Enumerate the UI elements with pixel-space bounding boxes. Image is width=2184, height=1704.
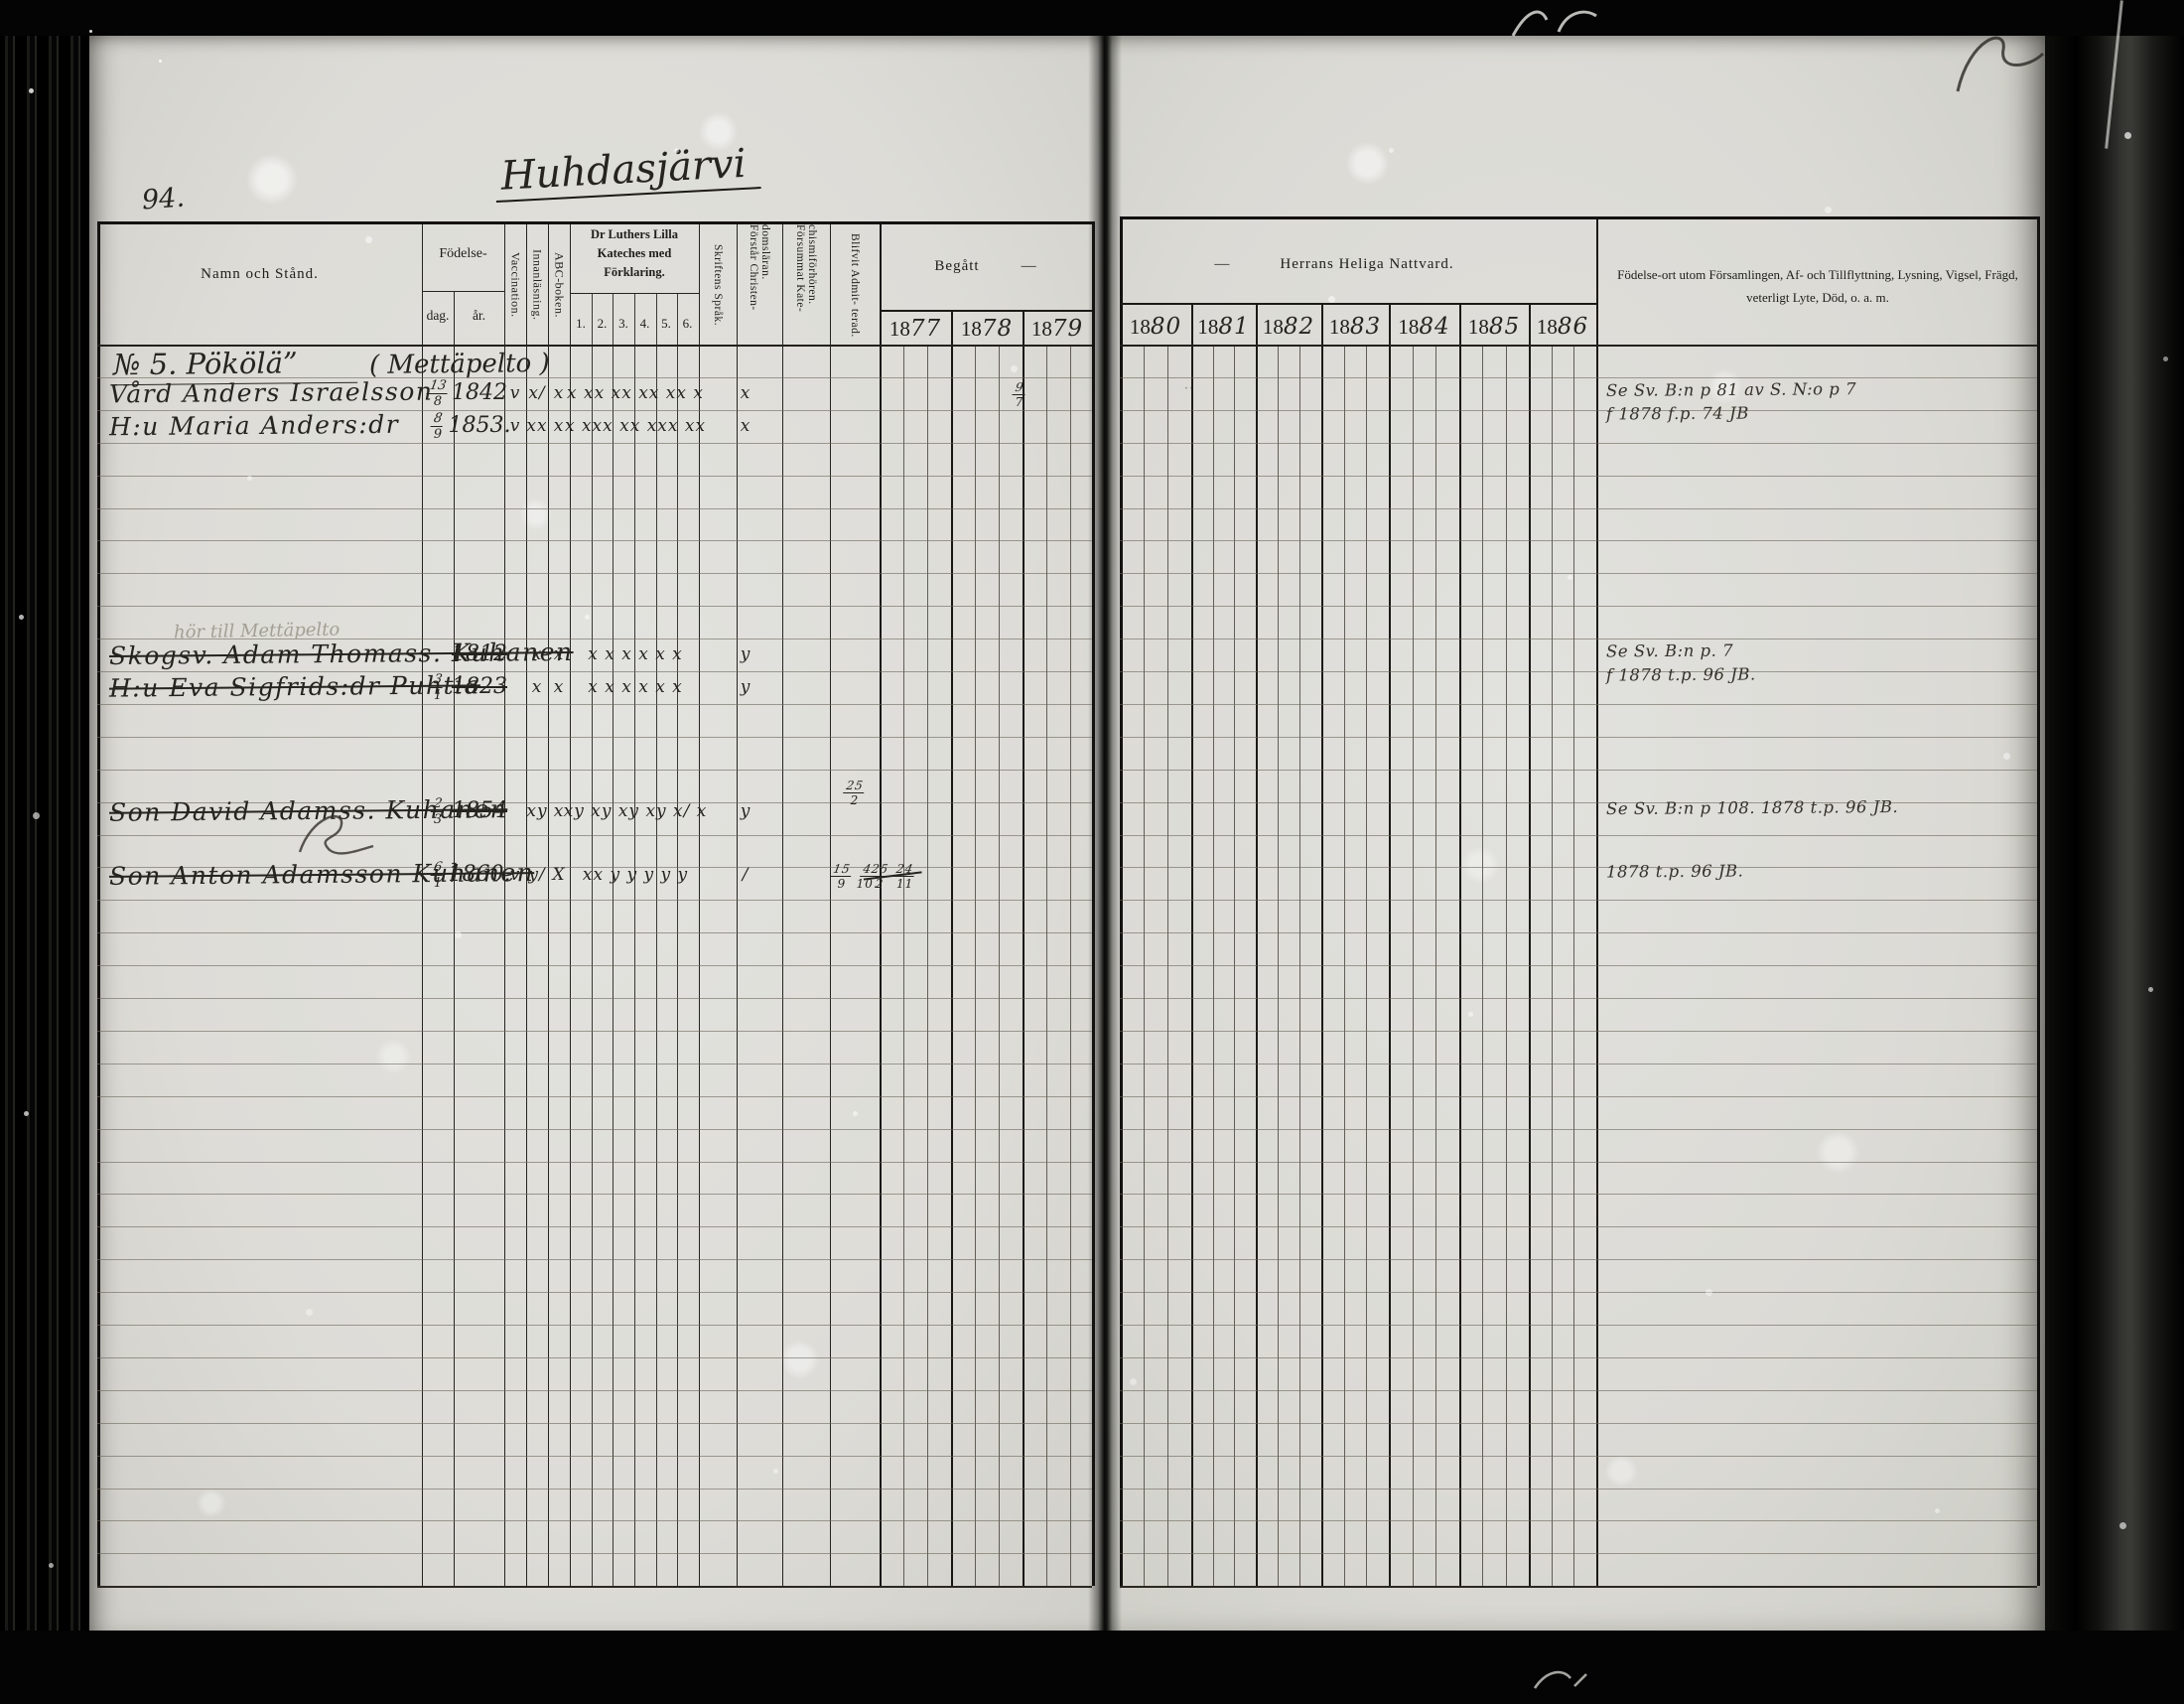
grid-line-vertical bbox=[782, 221, 783, 1586]
grid-line-horizontal bbox=[97, 1553, 1092, 1554]
entry-birth-year: 1812 bbox=[452, 641, 507, 666]
grid-line-horizontal bbox=[1120, 1064, 2037, 1065]
grid-line-vertical bbox=[1191, 303, 1193, 1586]
grid-line-horizontal bbox=[97, 704, 1092, 705]
grid-line-horizontal bbox=[97, 1226, 1092, 1227]
communion-nattvard-label: Herrans Heliga Nattvard. bbox=[1280, 256, 1453, 273]
year-label: 1879 bbox=[1031, 316, 1083, 342]
column-header-scripture: Skriftens Språk. bbox=[699, 224, 737, 346]
grid-line-horizontal bbox=[1120, 1194, 2037, 1195]
entry-mark-innan: xx bbox=[526, 416, 547, 436]
grid-line-vertical bbox=[737, 221, 738, 1586]
grid-line-vertical bbox=[677, 293, 678, 1586]
column-header-birth: Födelse- bbox=[422, 246, 504, 262]
grid-line-horizontal bbox=[1120, 540, 2037, 541]
entry-mark-kat: x x x x x x bbox=[588, 677, 683, 697]
column-header-abc-book: ABC-boken. bbox=[548, 226, 570, 344]
entry-mark-y1881: ·· bbox=[1184, 381, 1194, 396]
entry-note: f 1878 t.p. 96 JB. bbox=[1606, 666, 1756, 685]
grid-line-horizontal bbox=[1120, 1259, 2037, 1260]
grid-line-horizontal bbox=[1120, 998, 2037, 999]
grid-line-horizontal bbox=[97, 835, 1092, 836]
communion-begatt-label: Begått bbox=[934, 258, 979, 275]
entry-name: Vård Anders Israelsson bbox=[109, 377, 434, 407]
grid-line-horizontal bbox=[1120, 1456, 2037, 1457]
entry-birth-day: 138 bbox=[426, 379, 451, 408]
grid-line-horizontal bbox=[1120, 377, 2037, 378]
margin-scribble-bottom bbox=[1529, 1664, 1592, 1698]
grid-line-horizontal bbox=[97, 1456, 1092, 1457]
grid-line-horizontal bbox=[97, 1520, 1092, 1521]
entry-mark-abc: x bbox=[554, 383, 565, 403]
grid-line-vertical bbox=[880, 221, 882, 1586]
grid-line-horizontal bbox=[1120, 770, 2037, 771]
grid-line-vertical bbox=[548, 221, 549, 1586]
entry-birth-year: 1860. bbox=[449, 862, 511, 887]
communion-dash-right: — bbox=[1214, 256, 1230, 273]
catechism-number: 1. bbox=[571, 316, 591, 332]
grid-line-horizontal bbox=[97, 221, 1092, 224]
grid-line-vertical bbox=[656, 293, 657, 1586]
entry-birth-year: 1842 bbox=[452, 380, 507, 405]
grid-line-horizontal bbox=[1120, 1226, 2037, 1227]
grid-line-vertical bbox=[613, 293, 614, 1586]
page-edge-shadow bbox=[2045, 0, 2184, 1704]
entry-mark-forstar: x bbox=[741, 416, 751, 436]
entry-mark-kat: x xx xx xx xx x bbox=[567, 383, 704, 403]
grid-line-horizontal bbox=[1120, 1390, 2037, 1391]
grid-line-horizontal bbox=[1120, 867, 2037, 868]
scan-margin-top bbox=[0, 0, 2184, 36]
catechism-number: 6. bbox=[678, 316, 698, 332]
entry-name: H:u Eva Sigfrids:dr Puhtia bbox=[109, 671, 480, 702]
grid-line-vertical bbox=[1023, 310, 1024, 1586]
grid-line-horizontal bbox=[1120, 1129, 2037, 1130]
entry-mark-abc: x bbox=[554, 416, 565, 436]
grid-line-horizontal bbox=[97, 900, 1092, 901]
grid-line-horizontal bbox=[1120, 1586, 2037, 1588]
grid-line-horizontal bbox=[1120, 1489, 2037, 1490]
grid-line-horizontal bbox=[570, 293, 699, 294]
column-header-catechism: Dr Luthers Lilla Kateches med Förklaring… bbox=[572, 225, 697, 281]
entry-mark-vacc: v bbox=[510, 416, 521, 436]
grid-line-vertical bbox=[830, 221, 831, 1586]
grid-line-horizontal bbox=[97, 1259, 1092, 1260]
grid-line-horizontal bbox=[1120, 606, 2037, 607]
ink-flourish bbox=[286, 806, 377, 858]
entry-note: Se Sv. B:n p. 7 bbox=[1606, 642, 1733, 661]
grid-line-horizontal bbox=[97, 1357, 1092, 1358]
communion-dash-left: — bbox=[1022, 258, 1037, 275]
entry-mark-kat: x xxx xx xxx xx bbox=[565, 416, 706, 436]
grid-line-horizontal bbox=[1120, 1325, 2037, 1326]
grid-line-horizontal bbox=[1120, 802, 2037, 803]
grid-line-horizontal bbox=[97, 508, 1092, 509]
grid-line-horizontal bbox=[97, 1129, 1092, 1130]
grid-line-vertical bbox=[1092, 221, 1095, 1586]
grid-line-horizontal bbox=[1120, 410, 2037, 411]
grid-line-vertical bbox=[634, 293, 635, 1586]
entry-mark-innan: x bbox=[532, 644, 543, 664]
grid-line-horizontal bbox=[1120, 1423, 2037, 1424]
communion-header-left: Begått — bbox=[880, 258, 1092, 275]
column-header-birth-day: dag. bbox=[422, 308, 454, 324]
grid-line-vertical bbox=[951, 310, 953, 1586]
entry-mark-y1877: 2522411 bbox=[868, 863, 918, 890]
grid-line-horizontal bbox=[1120, 508, 2037, 509]
grid-line-horizontal bbox=[97, 932, 1092, 933]
entry-mark-innan: x/ bbox=[528, 383, 545, 403]
grid-line-vertical bbox=[422, 221, 423, 1586]
grid-line-vertical bbox=[1120, 216, 1123, 1586]
column-header-notes: Födelse-ort utom Församlingen, Af- och T… bbox=[1604, 264, 2031, 310]
entry-mark-innan: y/ bbox=[528, 865, 545, 885]
grid-line-horizontal bbox=[97, 1325, 1092, 1326]
grid-line-horizontal bbox=[1120, 932, 2037, 933]
grid-line-vertical bbox=[97, 221, 100, 1586]
entry-mark-kat: x x x x x x bbox=[588, 644, 683, 664]
grid-line-vertical bbox=[454, 291, 455, 1586]
entry-mark-vacc: v bbox=[510, 865, 521, 885]
grid-line-horizontal bbox=[1120, 704, 2037, 705]
entry-mark-abc: x bbox=[554, 644, 565, 664]
grid-line-horizontal bbox=[97, 1423, 1092, 1424]
scan-margin-bottom bbox=[0, 1631, 2184, 1704]
entry-birth-day: 23 bbox=[430, 797, 446, 826]
grid-line-vertical bbox=[1459, 303, 1461, 1586]
entry-note: Se Sv. B:n p 108. 1878 t.p. 96 JB. bbox=[1606, 798, 1898, 818]
grid-line-horizontal bbox=[97, 443, 1092, 444]
entry-mark-abc: X bbox=[552, 865, 565, 885]
grid-line-horizontal bbox=[1120, 303, 1596, 305]
grid-line-horizontal bbox=[97, 1390, 1092, 1391]
column-header-birth-year: år. bbox=[454, 308, 504, 324]
grid-line-horizontal bbox=[1120, 1520, 2037, 1521]
grid-line-horizontal bbox=[97, 1096, 1092, 1097]
grid-line-horizontal bbox=[1120, 1357, 2037, 1358]
grid-line-vertical bbox=[1389, 303, 1391, 1586]
year-label: 1884 bbox=[1398, 314, 1449, 340]
entry-mark-y1879: 97 bbox=[1012, 381, 1028, 408]
entry-mark-forstar: y bbox=[741, 801, 751, 821]
page-number: 94. bbox=[141, 184, 186, 216]
entry-birth-year: 1823 bbox=[452, 674, 507, 699]
grid-line-horizontal bbox=[1120, 671, 2037, 672]
year-label: 1883 bbox=[1329, 314, 1381, 340]
dust-specks-margin bbox=[89, 30, 92, 33]
grid-line-horizontal bbox=[97, 965, 1092, 966]
entry-mark-forstar: y bbox=[741, 644, 751, 664]
grid-line-horizontal bbox=[1120, 476, 2037, 477]
grid-line-horizontal bbox=[97, 1292, 1092, 1293]
grid-line-horizontal bbox=[1120, 443, 2037, 444]
entry-mark-forstar: y bbox=[741, 677, 751, 697]
grid-line-vertical bbox=[1596, 216, 1598, 1586]
communion-header-right: — Herrans Heliga Nattvard. bbox=[1120, 256, 1549, 273]
catechism-number: 2. bbox=[593, 316, 613, 332]
grid-line-horizontal bbox=[97, 540, 1092, 541]
grid-line-horizontal bbox=[1120, 1031, 2037, 1032]
year-label: 1877 bbox=[889, 316, 941, 342]
grid-line-horizontal bbox=[1120, 1292, 2037, 1293]
grid-line-horizontal bbox=[1120, 835, 2037, 836]
grid-line-horizontal bbox=[1120, 216, 2037, 219]
column-header-admitted: Blifvit Admit- terad. bbox=[830, 224, 880, 346]
grid-line-horizontal bbox=[97, 1586, 1092, 1588]
grid-line-horizontal bbox=[97, 1194, 1092, 1195]
grid-line-horizontal bbox=[97, 737, 1092, 738]
column-header-reading: Innanläsning. bbox=[526, 226, 548, 344]
grid-line-horizontal bbox=[97, 770, 1092, 771]
entry-mark-kat: xx y y y y y bbox=[583, 865, 688, 885]
grid-line-vertical bbox=[1256, 303, 1258, 1586]
entry-mark-adm: 252 bbox=[842, 780, 867, 806]
entry-note: Se Sv. B:n p 81 av S. N:o p 7 bbox=[1606, 380, 1856, 400]
grid-line-vertical bbox=[1321, 303, 1323, 1586]
dust-specks-paper bbox=[159, 60, 162, 63]
column-header-understands: Förstår Christen- domsläran. bbox=[737, 224, 782, 346]
grid-line-horizontal bbox=[97, 476, 1092, 477]
grid-line-horizontal bbox=[97, 606, 1092, 607]
entry-mark-kat: xy xy xy xy x/ x bbox=[564, 801, 708, 821]
catechism-number: 4. bbox=[635, 316, 655, 332]
grid-line-horizontal bbox=[1120, 900, 2037, 901]
grid-line-horizontal bbox=[1120, 573, 2037, 574]
year-label: 1880 bbox=[1130, 314, 1181, 340]
year-label: 1886 bbox=[1537, 314, 1588, 340]
household-heading-village: ( Mettäpelto ) bbox=[369, 350, 550, 379]
entry-note: f 1878 f.p. 74 JB bbox=[1606, 404, 1749, 423]
entry-birth-day: 31 bbox=[430, 673, 446, 702]
grid-line-horizontal bbox=[1120, 1096, 2037, 1097]
grid-line-horizontal bbox=[1120, 1162, 2037, 1163]
grid-line-horizontal bbox=[1120, 345, 2037, 347]
column-header-missed-exams: Försummat Kate- chismiförhören. bbox=[782, 224, 830, 346]
catechism-number: 3. bbox=[614, 316, 633, 332]
grid-line-horizontal bbox=[97, 998, 1092, 999]
grid-line-horizontal bbox=[97, 1489, 1092, 1490]
grid-line-horizontal bbox=[97, 1064, 1092, 1065]
entry-mark-innan: x bbox=[532, 677, 543, 697]
year-label: 1885 bbox=[1468, 314, 1520, 340]
catechism-number: 5. bbox=[656, 316, 676, 332]
grid-line-vertical bbox=[592, 293, 593, 1586]
grid-line-horizontal bbox=[1120, 1553, 2037, 1554]
entry-birth-year: 1853. bbox=[449, 413, 511, 438]
grid-line-vertical bbox=[1529, 303, 1531, 1586]
grid-line-horizontal bbox=[422, 291, 504, 292]
grid-line-horizontal bbox=[1120, 737, 2037, 738]
grid-line-horizontal bbox=[880, 310, 1092, 312]
grid-line-vertical bbox=[2037, 216, 2040, 1586]
column-header-vaccination: Vaccination. bbox=[504, 226, 526, 344]
grid-line-horizontal bbox=[97, 1162, 1092, 1163]
entry-birth-day: 89 bbox=[430, 412, 446, 441]
entry-mark-innan: xy bbox=[526, 801, 547, 821]
year-label: 1881 bbox=[1197, 314, 1249, 340]
entry-name: H:u Maria Anders:dr bbox=[109, 411, 399, 441]
entry-note: 1878 t.p. 96 JB. bbox=[1606, 863, 1744, 882]
entry-mark-vacc: v bbox=[510, 383, 521, 403]
year-label: 1882 bbox=[1263, 314, 1314, 340]
grid-line-horizontal bbox=[1120, 965, 2037, 966]
scanned-register-spread: 94. Huhdasjärvi Namn och Stånd. Födelse-… bbox=[0, 0, 2184, 1704]
entry-mark-forstar: / bbox=[743, 865, 750, 885]
column-header-name: Namn och Stånd. bbox=[97, 266, 422, 283]
grid-line-horizontal bbox=[97, 1031, 1092, 1032]
margin-scribble-top bbox=[1507, 2, 1602, 48]
corner-scribble bbox=[1942, 20, 2051, 111]
grid-line-horizontal bbox=[1120, 639, 2037, 639]
entry-birth-year: 1854 bbox=[452, 798, 507, 823]
year-label: 1878 bbox=[961, 316, 1013, 342]
entry-birth-day: 61 bbox=[430, 861, 446, 890]
entry-mark-forstar: x bbox=[741, 383, 751, 403]
grid-line-horizontal bbox=[97, 573, 1092, 574]
entry-mark-abc: x bbox=[554, 677, 565, 697]
book-binding-edge bbox=[0, 0, 89, 1704]
